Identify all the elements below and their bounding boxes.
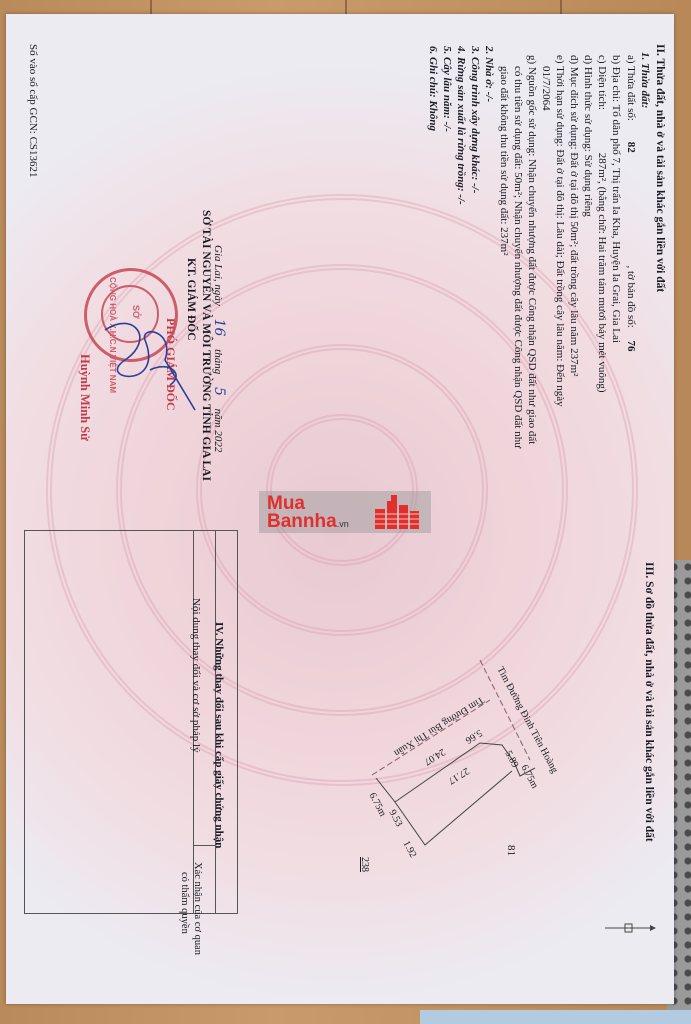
table-col-approval-2: có thẩm quyền — [178, 872, 190, 934]
parcel-number-label: 81 — [503, 845, 519, 856]
table-col-approval-1: Xác nhận của cơ quan — [191, 862, 203, 955]
section-iv-title: IV. Những thay đổi sau khi cấp giấy chứn… — [213, 622, 225, 848]
neighbor-parcel-label: 238 — [357, 857, 373, 872]
table-col-changes: Nội dung thay đổi và cơ sở pháp lý — [188, 598, 204, 753]
changes-table — [24, 530, 238, 914]
table-divider — [193, 845, 215, 846]
